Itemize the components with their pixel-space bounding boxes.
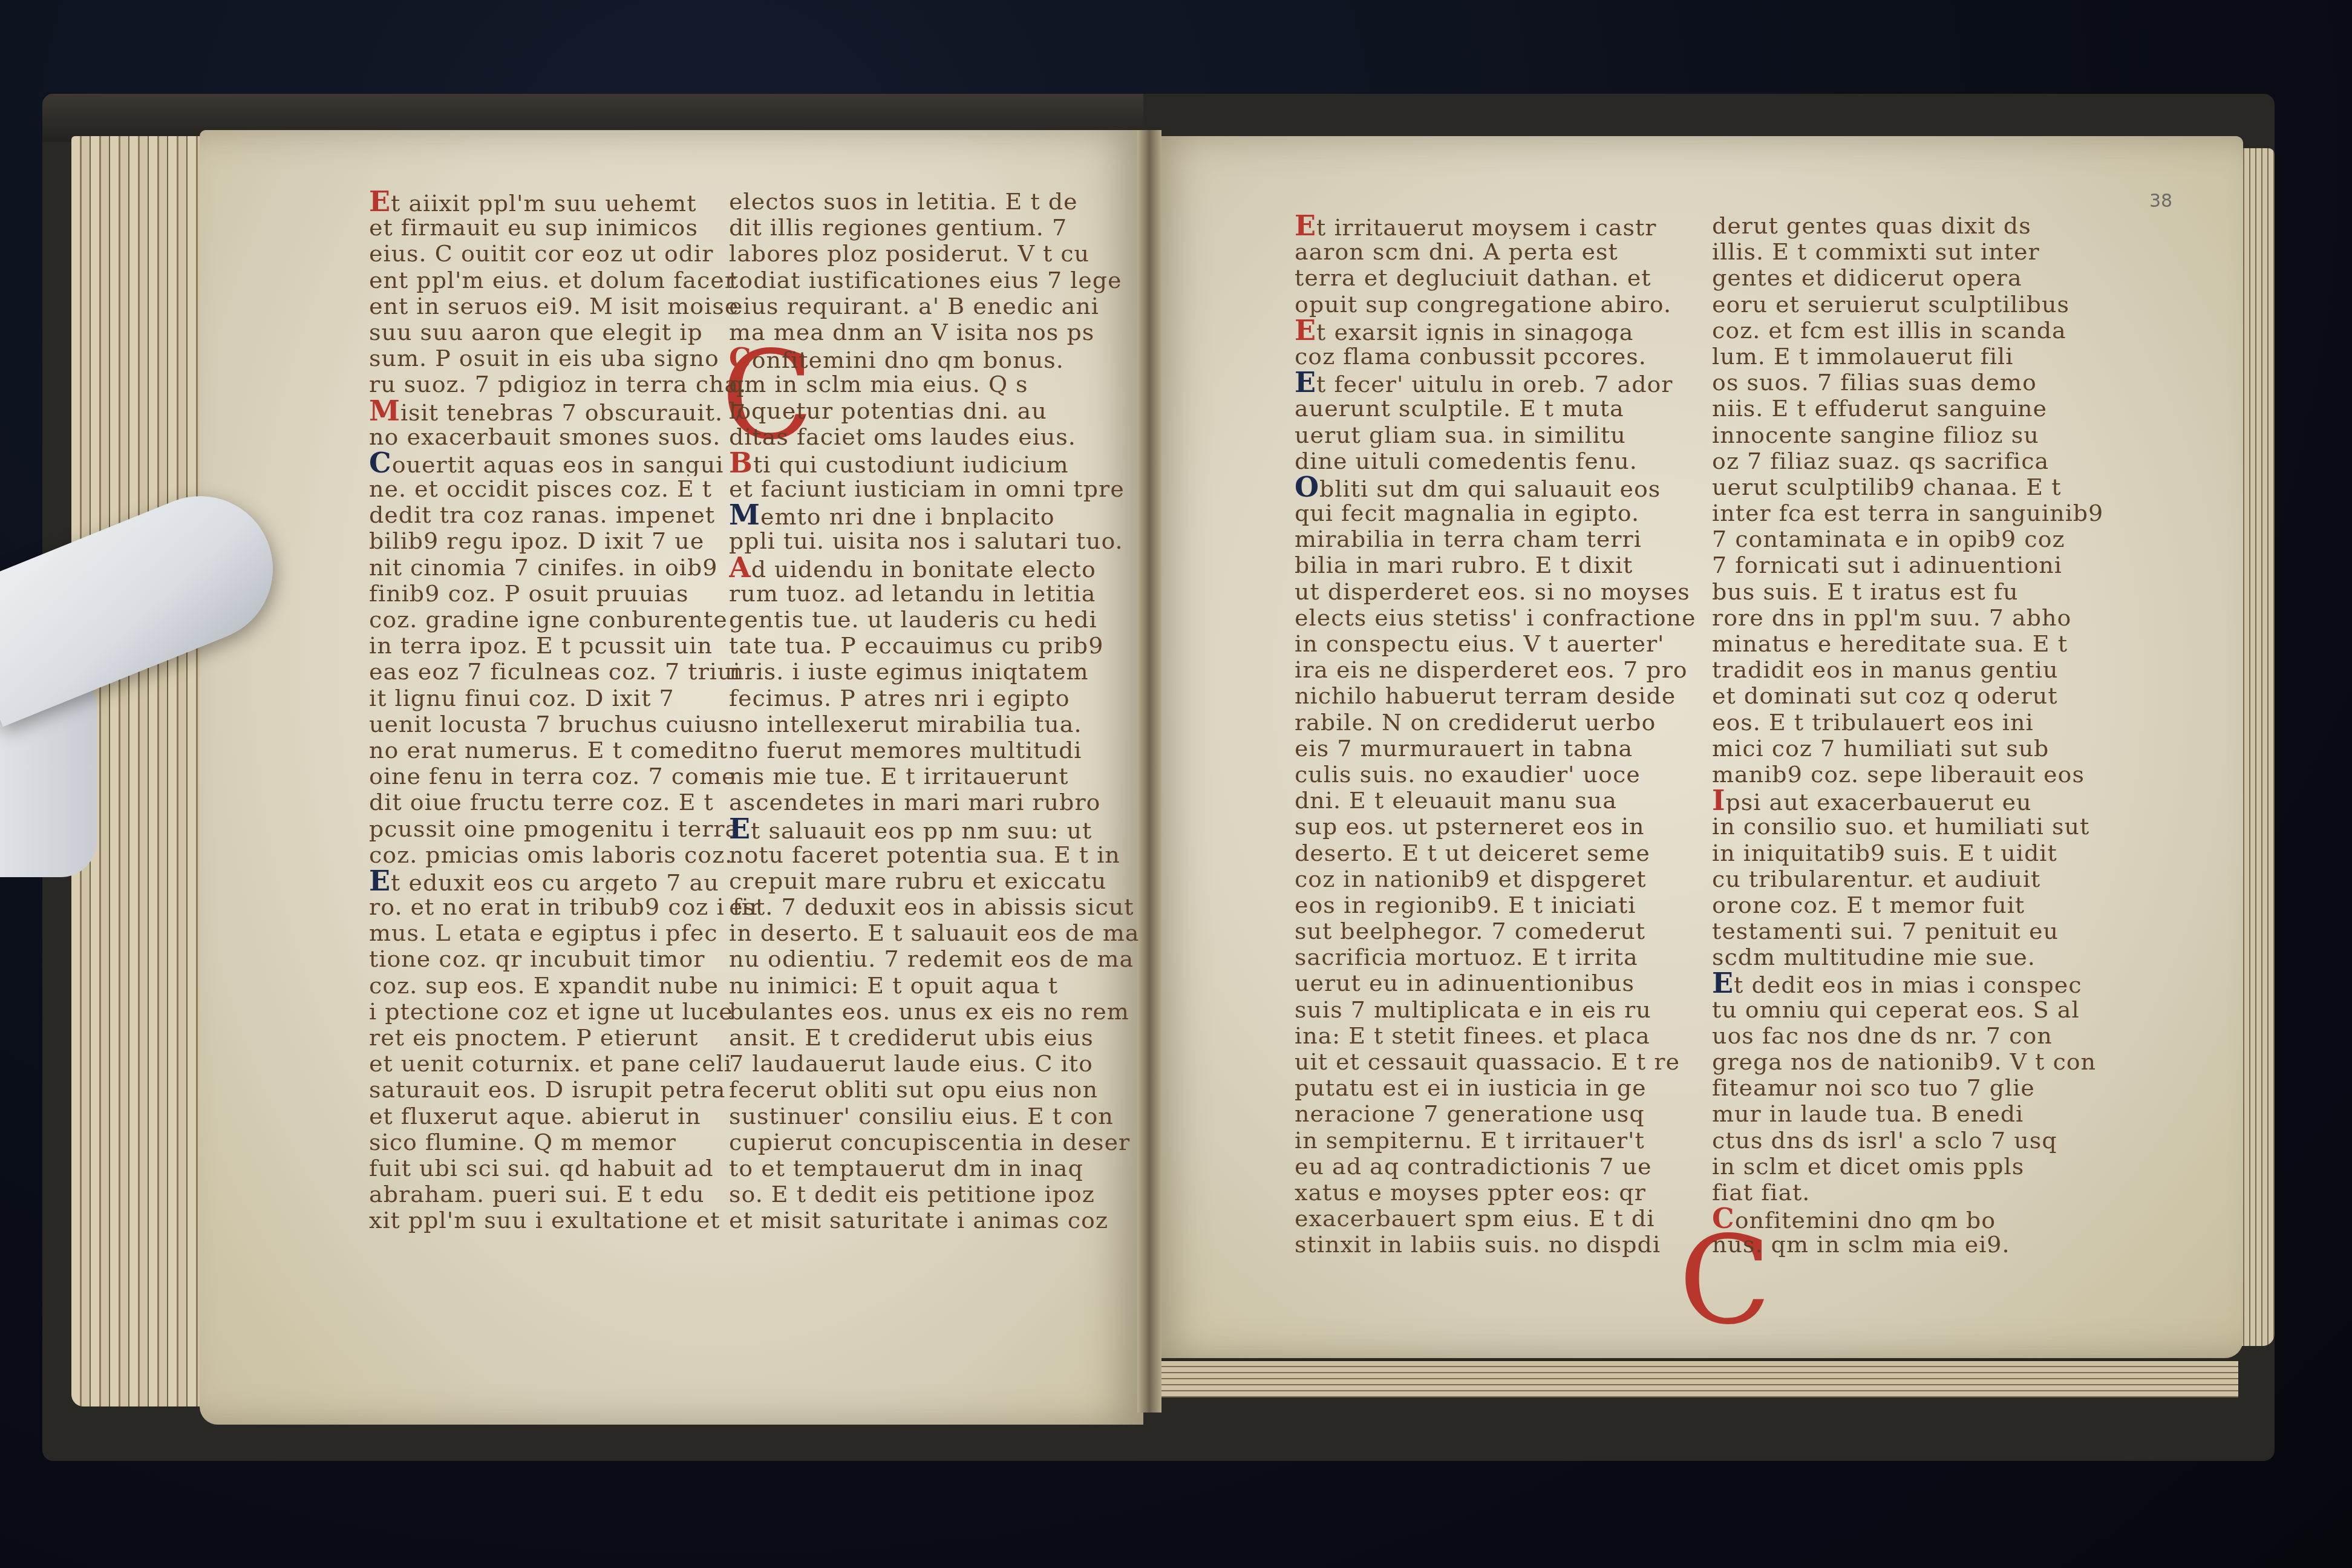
colored-initial: E (1295, 318, 1316, 344)
manuscript-line: oz 7 filiaz suaz. qs sacrifica (1712, 448, 2103, 474)
manuscript-line: Misit tenebras 7 obscurauit. 7 (369, 398, 761, 424)
manuscript-line: rum tuoz. ad letandu in letitia (729, 581, 1139, 607)
manuscript-line: scdm multitudine mie sue. (1712, 944, 2103, 970)
colored-initial: E (369, 868, 391, 894)
manuscript-line: ditas faciet oms laudes eius. (729, 424, 1139, 450)
line-text: in iniquitatib9 suis. E t uidit (1712, 840, 2057, 866)
manuscript-line: mus. L etata e egiptus i pfec (369, 920, 761, 946)
line-text: labores ploz posiderut. V t cu (729, 241, 1089, 267)
line-text: bus suis. E t iratus est fu (1712, 579, 2019, 605)
manuscript-line: in sclm et dicet omis ppls (1712, 1154, 2103, 1180)
colored-initial: E (1295, 213, 1316, 239)
manuscript-line: ut disperderet eos. si no moyses (1295, 579, 1696, 605)
manuscript-line: ctus dns ds isrl' a sclo 7 usq (1712, 1128, 2103, 1154)
manuscript-line: fecerut obliti sut opu eius non (729, 1077, 1139, 1103)
line-text: i ptectione coz et igne ut luce (369, 999, 733, 1025)
line-text: ent in seruos ei9. M isit moise (369, 293, 739, 319)
line-text: mur in laude tua. B enedi (1712, 1101, 2024, 1127)
line-text: coz. sup eos. E xpandit nube (369, 973, 719, 999)
manuscript-line: in terra ipoz. E t pcussit uin (369, 633, 761, 659)
manuscript-line: no erat numerus. E t comedit (369, 737, 761, 763)
manuscript-line: 7 fornicati sut i adinuentioni (1712, 552, 2103, 578)
line-text: t exarsit ignis in sinagoga (1316, 319, 1633, 344)
manuscript-line: illis. E t commixti sut inter (1712, 239, 2103, 265)
line-text: sico flumine. Q m memor (369, 1129, 676, 1155)
manuscript-line: nit cinomia 7 cinifes. in oib9 (369, 555, 761, 581)
manuscript-line: ne. et occidit pisces coz. E t (369, 476, 761, 502)
manuscript-line: uerut gliam sua. in similitu (1295, 422, 1696, 448)
line-text: manib9 coz. sepe liberauit eos (1712, 762, 2085, 788)
manuscript-line: uenit locusta 7 bruchus cuius (369, 711, 761, 737)
line-text: ru suoz. 7 pdigioz in terra cha. (369, 371, 746, 397)
line-text: t dedit eos in mias i conspec (1734, 972, 2082, 996)
manuscript-line: dit oiue fructu terre coz. E t (369, 789, 761, 815)
manuscript-line: neracione 7 generatione usq (1295, 1101, 1696, 1127)
line-text: onfitemini dno qm bo (1735, 1207, 1996, 1232)
line-text: in sclm et dicet omis ppls (1712, 1154, 2024, 1180)
line-text: qui fecit magnalia in egipto. (1295, 500, 1639, 526)
line-text: aaron scm dni. A perta est (1295, 239, 1618, 265)
line-text: bilia in mari rubro. E t dixit (1295, 552, 1633, 578)
line-text: gentes et didicerut opera (1712, 265, 2022, 291)
manuscript-line: gentis tue. ut lauderis cu hedi (729, 607, 1139, 633)
colored-initial: E (729, 816, 751, 842)
line-text: t fecer' uitulu in oreb. 7 ador (1316, 371, 1673, 396)
line-text: it lignu finui coz. D ixit 7 (369, 685, 675, 711)
folio-number: 38 (2149, 191, 2172, 212)
manuscript-line: ret eis pnoctem. P etierunt (369, 1025, 761, 1051)
line-text: derut gentes quas dixit ds (1712, 213, 2031, 239)
manuscript-line: eu ad aq contradictionis 7 ue (1295, 1154, 1696, 1180)
line-text: onfitemini dno qm bonus. (752, 347, 1064, 371)
line-text: in sempiternu. E t irritauer't (1295, 1128, 1645, 1154)
line-text: fiteamur noi sco tuo 7 glie (1712, 1075, 2035, 1101)
line-text: nu odientiu. 7 redemit eos de ma (729, 946, 1134, 972)
manuscript-line: ma mea dnm an V isita nos ps (729, 319, 1139, 345)
manuscript-line: gentes et didicerut opera (1712, 265, 2103, 291)
line-text: elects eius stetiss' i confractione (1295, 605, 1696, 631)
colored-initial: O (1295, 474, 1319, 500)
manuscript-line: aaron scm dni. A perta est (1295, 239, 1696, 265)
manuscript-line: dit illis regiones gentium. 7 (729, 215, 1139, 241)
manuscript-line: in deserto. E t saluauit eos de ma (729, 920, 1139, 946)
manuscript-line: derut gentes quas dixit ds (1712, 213, 2103, 239)
manuscript-line: mirabilia in terra cham terri (1295, 526, 1696, 552)
line-text: in deserto. E t saluauit eos de ma (729, 920, 1139, 946)
line-text: ro. et no erat in tribub9 coz i fir (369, 894, 761, 920)
line-text: rum tuoz. ad letandu in letitia (729, 581, 1096, 607)
manuscript-line: dedit tra coz ranas. impenet (369, 502, 761, 528)
line-text: stinxit in labiis suis. no dispdi (1295, 1232, 1661, 1258)
colored-initial: E (369, 189, 391, 215)
manuscript-line: nichilo habuerut terram deside (1295, 683, 1696, 709)
manuscript-line: sum. P osuit in eis uba signo (369, 345, 761, 371)
line-text: ira eis ne disperderet eos. 7 pro (1295, 657, 1688, 683)
line-text: 7 contaminata e in opib9 coz (1712, 526, 2065, 552)
line-text: bulantes eos. unus ex eis no rem (729, 999, 1129, 1025)
line-text: et uenit coturnix. et pane celi (369, 1051, 732, 1077)
manuscript-line: et misit saturitate i animas coz (729, 1207, 1139, 1233)
line-text: dine uituli comedentis fenu. (1295, 448, 1638, 474)
line-text: culis suis. no exaudier' uoce (1295, 762, 1641, 788)
line-text: eis 7 murmurauert in tabna (1295, 736, 1633, 762)
line-text: coz. et fcm est illis in scanda (1712, 318, 2066, 344)
left-page-column-2: electos suos in letitia. E t dedit illis… (729, 189, 1139, 1234)
manuscript-line: elects eius stetiss' i confractione (1295, 605, 1696, 631)
line-text: coz. pmicias omis laboris coz. (369, 842, 733, 868)
manuscript-line: sacrificia mortuoz. E t irrita (1295, 944, 1696, 970)
line-text: uerut eu in adinuentionibus (1295, 970, 1635, 996)
line-text: psi aut exacerbauerut eu (1726, 789, 2032, 814)
manuscript-line: Ad uidendu in bonitate electo (729, 555, 1139, 581)
line-text: in consilio suo. et humiliati sut (1712, 814, 2089, 840)
line-text: eu ad aq contradictionis 7 ue (1295, 1154, 1651, 1180)
line-text: ne. et occidit pisces coz. E t (369, 476, 712, 502)
line-text: ouertit aquas eos in sangui (392, 451, 724, 476)
colored-initial: E (1295, 370, 1316, 396)
line-text: uit et cessauit quassacio. E t re (1295, 1049, 1680, 1075)
manuscript-line: fuit ubi sci sui. qd habuit ad (369, 1155, 761, 1181)
colored-initial: C (1712, 1206, 1735, 1232)
line-text: 7 fornicati sut i adinuentioni (1712, 552, 2062, 578)
line-text: so. E t dedit eis petitione ipoz (729, 1181, 1095, 1207)
line-text: nu inimici: E t opuit aqua t (729, 973, 1058, 999)
manuscript-line: cu tribularentur. et audiuit (1712, 866, 2103, 892)
manuscript-line: ent in seruos ei9. M isit moise (369, 293, 761, 319)
line-text: sut beelphegor. 7 comederut (1295, 918, 1645, 944)
manuscript-line: eos in regionib9. E t iniciati (1295, 892, 1696, 918)
line-text: orone coz. E t memor fuit (1712, 892, 2025, 918)
line-text: ditas faciet oms laudes eius. (729, 424, 1076, 450)
line-text: tradidit eos in manus gentiu (1712, 657, 2058, 683)
line-text: eoru et seruierut sculptilibus (1712, 292, 2069, 318)
line-text: nus. qm in sclm mia ei9. (1712, 1232, 2010, 1258)
manuscript-line: et faciunt iusticiam in omni tpre (729, 476, 1139, 502)
line-text: uerut sculptilib9 chanaa. E t (1712, 474, 2061, 500)
manuscript-line: sup eos. ut psterneret eos in (1295, 814, 1696, 840)
line-text: xatus e moyses ppter eos: qr (1295, 1180, 1646, 1206)
manuscript-line: ira eis ne disperderet eos. 7 pro (1295, 657, 1696, 683)
manuscript-line: et fluxerut aque. abierut in (369, 1103, 761, 1129)
manuscript-line: coz. gradine igne conburente (369, 607, 761, 633)
line-text: suis 7 multiplicata e in eis ru (1295, 997, 1651, 1023)
manuscript-line: exacerbauert spm eius. E t di (1295, 1206, 1696, 1232)
manuscript-line: sut beelphegor. 7 comederut (1295, 918, 1696, 944)
manuscript-line: terra et degluciuit dathan. et (1295, 265, 1696, 291)
line-text: et dominati sut coz q oderut (1712, 683, 2057, 709)
manuscript-line: ro. et no erat in tribub9 coz i fir (369, 894, 761, 920)
manuscript-line: rore dns in ppl'm suu. 7 abho (1712, 605, 2103, 631)
manuscript-line: in consilio suo. et humiliati sut (1712, 814, 2103, 840)
right-page-stack-edges (2238, 148, 2275, 1346)
line-text: suu suu aaron que elegit ip (369, 319, 703, 345)
line-text: isit tenebras 7 obscurauit. 7 (400, 399, 746, 424)
manuscript-line: ina: E t stetit finees. et placa (1295, 1023, 1696, 1049)
manuscript-line: 7 laudauerut laude eius. C ito (729, 1051, 1139, 1077)
line-text: sustinuer' consiliu eius. E t con (729, 1103, 1114, 1129)
manuscript-line: deserto. E t ut deiceret seme (1295, 840, 1696, 866)
manuscript-line: Obliti sut dm qui saluauit eos (1295, 474, 1696, 500)
line-text: putatu est ei in iusticia in ge (1295, 1075, 1647, 1101)
manuscript-line: eis 7 murmurauert in tabna (1295, 736, 1696, 762)
line-text: sum. P osuit in eis uba signo (369, 345, 719, 371)
right-page-column-1: Et irritauerut moysem i castraaron scm d… (1295, 213, 1696, 1258)
manuscript-line: nus. qm in sclm mia ei9. (1712, 1232, 2103, 1258)
line-text: coz flama conbussit pccores. (1295, 344, 1647, 370)
manuscript-line: it lignu finui coz. D ixit 7 (369, 685, 761, 711)
line-text: nris. i iuste egimus iniqtatem (729, 659, 1089, 685)
manuscript-line: sustinuer' consiliu eius. E t con (729, 1103, 1139, 1129)
manuscript-line: fiat fiat. (1712, 1180, 2103, 1206)
line-text: dit oiue fructu terre coz. E t (369, 789, 714, 815)
line-text: mus. L etata e egiptus i pfec (369, 920, 717, 946)
colored-initial: B (729, 450, 753, 476)
line-text: crepuit mare rubru et exiccatu (729, 868, 1106, 894)
manuscript-line: manib9 coz. sepe liberauit eos (1712, 762, 2103, 788)
line-text: uerut gliam sua. in similitu (1295, 422, 1626, 448)
manuscript-line: coz. et fcm est illis in scanda (1712, 318, 2103, 344)
manuscript-line: in sempiternu. E t irritauer't (1295, 1128, 1696, 1154)
manuscript-line: minatus e hereditate sua. E t (1712, 631, 2103, 657)
colored-initial: C (369, 450, 392, 476)
manuscript-line: grega nos de nationib9. V t con (1712, 1049, 2103, 1075)
manuscript-line: testamenti sui. 7 penituit eu (1712, 918, 2103, 944)
manuscript-line: rabile. N on crediderut uerbo (1295, 710, 1696, 736)
line-text: eos in regionib9. E t iniciati (1295, 892, 1636, 918)
manuscript-line: Confitemini dno qm bonus. (729, 345, 1139, 371)
manuscript-line: coz. pmicias omis laboris coz. (369, 842, 761, 868)
manuscript-line: Confitemini dno qm bo (1712, 1206, 2103, 1232)
line-text: oine fenu in terra coz. 7 come (369, 763, 736, 789)
book-gutter (1137, 130, 1161, 1413)
colored-initial: M (369, 398, 400, 424)
manuscript-line: Et aiixit ppl'm suu uehemt (369, 189, 761, 215)
manuscript-line: Couertit aquas eos in sangui (369, 450, 761, 476)
line-text: no erat numerus. E t comedit (369, 737, 728, 763)
manuscript-line: eos. E t tribulauert eos ini (1712, 710, 2103, 736)
manuscript-line: et dominati sut coz q oderut (1712, 683, 2103, 709)
line-text: eos. E t tribulauert eos ini (1712, 710, 2034, 736)
manuscript-line: tu omniu qui ceperat eos. S al (1712, 997, 2103, 1023)
line-text: dedit tra coz ranas. impenet (369, 502, 715, 528)
line-text: rore dns in ppl'm suu. 7 abho (1712, 605, 2071, 631)
manuscript-line: nu inimici: E t opuit aqua t (729, 973, 1139, 999)
line-text: t saluauit eos pp nm suu: ut (751, 817, 1092, 842)
line-text: et faciunt iusticiam in omni tpre (729, 476, 1125, 502)
manuscript-line: bilib9 regu ipoz. D ixit 7 ue (369, 528, 761, 554)
manuscript-line: no fuerut memores multitudi (729, 737, 1139, 763)
manuscript-line: putatu est ei in iusticia in ge (1295, 1075, 1696, 1101)
line-text: coz in nationib9 et dispgeret (1295, 866, 1646, 892)
line-text: sup eos. ut psterneret eos in (1295, 814, 1645, 840)
line-text: terra et degluciuit dathan. et (1295, 265, 1651, 291)
manuscript-line: auerunt sculptile. E t muta (1295, 396, 1696, 422)
line-text: cu tribularentur. et audiuit (1712, 866, 2040, 892)
manuscript-line: oine fenu in terra coz. 7 come (369, 763, 761, 789)
line-text: fecerut obliti sut opu eius non (729, 1077, 1098, 1103)
line-text: abraham. pueri sui. E t edu (369, 1181, 705, 1207)
line-text: ppli tui. uisita nos i salutari tuo. (729, 528, 1123, 554)
line-text: deserto. E t ut deiceret seme (1295, 840, 1650, 866)
line-text: bilib9 regu ipoz. D ixit 7 ue (369, 528, 704, 554)
line-text: minatus e hereditate sua. E t (1712, 631, 2068, 657)
manuscript-line: Ipsi aut exacerbauerut eu (1712, 788, 2103, 814)
manuscript-line: fiteamur noi sco tuo 7 glie (1712, 1075, 2103, 1101)
line-text: t irritauerut moysem i castr (1316, 214, 1656, 239)
manuscript-line: stinxit in labiis suis. no dispdi (1295, 1232, 1696, 1258)
manuscript-line: pcussit oine pmogenitu i terra (369, 816, 761, 842)
manuscript-line: inter fca est terra in sanguinib9 (1712, 500, 2103, 526)
colored-initial: E (1712, 970, 1734, 996)
line-text: mirabilia in terra cham terri (1295, 526, 1642, 552)
line-text: niis. E t effuderut sanguine (1712, 396, 2047, 422)
manuscript-line: coz flama conbussit pccores. (1295, 344, 1696, 370)
manuscript-line: 7 contaminata e in opib9 coz (1712, 526, 2103, 552)
line-text: eius. C ouitit cor eoz ut odir (369, 241, 713, 267)
manuscript-line: to et temptauerut dm in inaq (729, 1155, 1139, 1181)
manuscript-line: in iniquitatib9 suis. E t uidit (1712, 840, 2103, 866)
manuscript-line: coz. sup eos. E xpandit nube (369, 973, 761, 999)
line-text: ascendetes in mari mari rubro (729, 789, 1100, 815)
manuscript-line: lum. E t immolauerut fili (1712, 344, 2103, 370)
manuscript-line: eius. C ouitit cor eoz ut odir (369, 241, 761, 267)
manuscript-line: dni. E t eleuauit manu sua (1295, 788, 1696, 814)
line-text: auerunt sculptile. E t muta (1295, 396, 1624, 422)
manuscript-line: nu odientiu. 7 redemit eos de ma (729, 946, 1139, 972)
line-text: eius requirant. a' B enedic ani (729, 293, 1099, 319)
manuscript-line: notu faceret potentia sua. E t in (729, 842, 1139, 868)
line-text: ent ppl'm eius. et dolum facer (369, 267, 736, 293)
manuscript-line: niis. E t effuderut sanguine (1712, 396, 2103, 422)
manuscript-line: innocente sangine filioz su (1712, 422, 2103, 448)
manuscript-line: electos suos in letitia. E t de (729, 189, 1139, 215)
line-text: dit illis regiones gentium. 7 (729, 215, 1067, 241)
manuscript-line: cupierut concupiscentia in deser (729, 1129, 1139, 1155)
line-text: ret eis pnoctem. P etierunt (369, 1025, 699, 1051)
line-text: et fluxerut aque. abierut in (369, 1103, 701, 1129)
manuscript-line: bulantes eos. unus ex eis no rem (729, 999, 1139, 1025)
line-text: grega nos de nationib9. V t con (1712, 1049, 2096, 1075)
manuscript-line: mur in laude tua. B enedi (1712, 1101, 2103, 1127)
manuscript-line: Et eduxit eos cu argeto 7 au (369, 868, 761, 894)
line-text: no exacerbauit smones suos. (369, 424, 720, 450)
line-text: notu faceret potentia sua. E t in (729, 842, 1120, 868)
line-text: xit ppl'm suu i exultatione et (369, 1207, 720, 1233)
line-text: nis mie tue. E t irritauerunt (729, 763, 1068, 789)
line-text: ma mea dnm an V isita nos ps (729, 319, 1094, 345)
line-text: finib9 coz. P osuit pruuias (369, 581, 689, 607)
line-text: todiat iustificationes eius 7 lege (729, 267, 1122, 293)
line-text: uos fac nos dne ds nr. 7 con (1712, 1023, 2053, 1049)
left-page-column-1: Et aiixit ppl'm suu uehemtet firmauit eu… (369, 189, 761, 1234)
manuscript-line: et firmauit eu sup inimicos (369, 215, 761, 241)
line-text: oz 7 filiaz suaz. qs sacrifica (1712, 448, 2049, 474)
manuscript-line: culis suis. no exaudier' uoce (1295, 762, 1696, 788)
manuscript-line: Et exarsit ignis in sinagoga (1295, 318, 1696, 344)
manuscript-line: Memto nri dne i bnplacito (729, 502, 1139, 528)
line-text: dni. E t eleuauit manu sua (1295, 788, 1617, 814)
manuscript-line: et uenit coturnix. et pane celi (369, 1051, 761, 1077)
line-text: t eduxit eos cu argeto 7 au (391, 869, 719, 894)
line-text: tate tua. P eccauimus cu prib9 (729, 633, 1103, 659)
line-text: ina: E t stetit finees. et placa (1295, 1023, 1650, 1049)
line-text: emto nri dne i bnplacito (760, 503, 1055, 528)
line-text: ut disperderet eos. si no moyses (1295, 579, 1690, 605)
manuscript-line: labores ploz posiderut. V t cu (729, 241, 1139, 267)
colored-initial: I (1712, 788, 1726, 814)
manuscript-line: uerut eu in adinuentionibus (1295, 970, 1696, 996)
line-text: testamenti sui. 7 penituit eu (1712, 918, 2059, 944)
line-text: tione coz. qr incubuit timor (369, 946, 705, 972)
manuscript-line: orone coz. E t memor fuit (1712, 892, 2103, 918)
line-text: t aiixit ppl'm suu uehemt (391, 190, 696, 215)
line-text: d uidendu in bonitate electo (751, 556, 1096, 581)
line-text: fiat fiat. (1712, 1180, 1810, 1206)
line-text: exacerbauert spm eius. E t di (1295, 1206, 1655, 1232)
manuscript-line: xit ppl'm suu i exultatione et (369, 1207, 761, 1233)
line-text: coz. gradine igne conburente (369, 607, 728, 633)
line-text: fecimus. P atres nri i egipto (729, 685, 1070, 711)
colored-initial: C (729, 345, 752, 371)
line-text: loquetur potentias dni. au (729, 398, 1047, 424)
manuscript-line: tradidit eos in manus gentiu (1712, 657, 2103, 683)
line-text: no fuerut memores multitudi (729, 737, 1082, 763)
manuscript-line: Et saluauit eos pp nm suu: ut (729, 816, 1139, 842)
line-text: tu omniu qui ceperat eos. S al (1712, 997, 2080, 1023)
manuscript-line: bilia in mari rubro. E t dixit (1295, 552, 1696, 578)
manuscript-line: qm in sclm mia eius. Q s (729, 371, 1139, 397)
manuscript-line: mici coz 7 humiliati sut sub (1712, 736, 2103, 762)
manuscript-line: fecimus. P atres nri i egipto (729, 685, 1139, 711)
manuscript-line: nis mie tue. E t irritauerunt (729, 763, 1139, 789)
manuscript-line: tate tua. P eccauimus cu prib9 (729, 633, 1139, 659)
manuscript-line: no intellexerut mirabilia tua. (729, 711, 1139, 737)
line-text: fuit ubi sci sui. qd habuit ad (369, 1155, 714, 1181)
manuscript-line: qui fecit magnalia in egipto. (1295, 500, 1696, 526)
manuscript-line: Et dedit eos in mias i conspec (1712, 970, 2103, 996)
manuscript-line: finib9 coz. P osuit pruuias (369, 581, 761, 607)
line-text: scdm multitudine mie sue. (1712, 944, 2036, 970)
line-text: gentis tue. ut lauderis cu hedi (729, 607, 1097, 633)
manuscript-line: so. E t dedit eis petitione ipoz (729, 1181, 1139, 1207)
line-text: opuit sup congregatione abiro. (1295, 292, 1671, 318)
bottom-page-stack-edges (1149, 1361, 2238, 1397)
manuscript-line: ascendetes in mari mari rubro (729, 789, 1139, 815)
manuscript-line: est. 7 deduxit eos in abissis sicut (729, 894, 1139, 920)
manuscript-line: uit et cessauit quassacio. E t re (1295, 1049, 1696, 1075)
line-text: electos suos in letitia. E t de (729, 189, 1078, 215)
colored-initial: M (729, 502, 760, 528)
line-text: no intellexerut mirabilia tua. (729, 711, 1082, 737)
line-text: et firmauit eu sup inimicos (369, 215, 698, 241)
manuscript-line: uos fac nos dne ds nr. 7 con (1712, 1023, 2103, 1049)
line-text: mici coz 7 humiliati sut sub (1712, 736, 2049, 762)
line-text: neracione 7 generatione usq (1295, 1101, 1645, 1127)
manuscript-line: uerut sculptilib9 chanaa. E t (1712, 474, 2103, 500)
line-text: 7 laudauerut laude eius. C ito (729, 1051, 1093, 1077)
line-text: ti qui custodiunt iudicium (753, 451, 1069, 476)
line-text: et misit saturitate i animas coz (729, 1207, 1108, 1233)
manuscript-line: no exacerbauit smones suos. (369, 424, 761, 450)
line-text: saturauit eos. D isrupit petra (369, 1077, 725, 1103)
manuscript-line: in conspectu eius. V t auerter' (1295, 631, 1696, 657)
manuscript-line: Et irritauerut moysem i castr (1295, 213, 1696, 239)
manuscript-line: Bti qui custodiunt iudicium (729, 450, 1139, 476)
line-text: os suos. 7 filias suas demo (1712, 370, 2037, 396)
line-text: innocente sangine filioz su (1712, 422, 2039, 448)
line-text: to et temptauerut dm in inaq (729, 1155, 1083, 1181)
manuscript-line: suu suu aaron que elegit ip (369, 319, 761, 345)
